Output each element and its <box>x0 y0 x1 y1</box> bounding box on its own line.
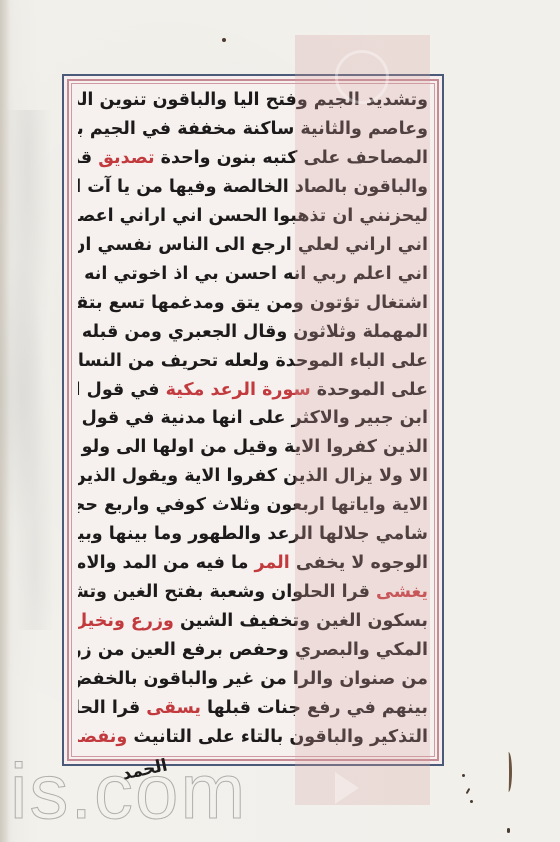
manuscript-line: من صنوان والرا من غير والباقون بالخفض في… <box>78 667 428 692</box>
site-watermark-text: is.com <box>10 752 247 830</box>
manuscript-line: المصاحف على كتبه بنون واحدة تصديق قرا ال… <box>78 146 428 171</box>
manuscript-line: اني اراني لعلي ارجع الى الناس نفسي ان رب… <box>78 233 428 258</box>
ink-speck <box>507 828 510 833</box>
body-text: والباقون بالصاد الخالصة وفيها من يا آت ا… <box>78 177 428 197</box>
body-text: وعاصم والثانية ساكنة مخففة في الجيم بعده… <box>78 119 428 139</box>
manuscript-line: اشتغال تؤتون ومن يتق ومدغمها تسع بتقديم … <box>78 291 428 316</box>
body-text: ما فيه من المد والامالة لا يخفى <box>78 553 255 573</box>
manuscript-line: الوجوه لا يخفى المر ما فيه من المد والام… <box>78 551 428 576</box>
rubric-heading: سورة الرعد مكية <box>166 380 311 400</box>
body-text: المصاحف على كتبه بنون واحدة <box>155 148 428 168</box>
body-text: المكي والبصري وحفص برفع العين من زرع وال… <box>78 640 428 660</box>
manuscript-line: شامي جلالها الرعد والطهور وما بينها وبين… <box>78 522 428 547</box>
manuscript-line: والباقون بالصاد الخالصة وفيها من يا آت ا… <box>78 175 428 200</box>
body-text: التذكير والباقون بالتاء على التانيث <box>127 727 428 747</box>
watermark-play-icon <box>335 772 359 804</box>
rubric-heading: يسقى <box>146 698 201 718</box>
body-text: ابن جبير والاكثر على انها مدنية في قول ق… <box>78 408 428 428</box>
manuscript-line: على الباء الموحدة ولعله تحريف من النساخ … <box>78 349 428 374</box>
rubric-heading: يغشى <box>376 582 428 602</box>
text-frame-border: وتشديد الجيم وفتح اليا والباقون تنوين ال… <box>62 74 444 766</box>
faint-mosque-watermark <box>0 110 70 630</box>
body-text: الا ولا يزال الذين كفروا الاية ويقول الذ… <box>78 466 428 486</box>
body-text: بينهم في رفع جنات قبلها <box>201 698 428 718</box>
body-text: على الباء الموحدة ولعله تحريف من النساخ … <box>78 351 428 371</box>
body-text: اشتغال تؤتون ومن يتق ومدغمها تسع بتقديم … <box>78 293 428 313</box>
manuscript-line: وعاصم والثانية ساكنة مخففة في الجيم بعده… <box>78 117 428 142</box>
manuscript-line: ليحزنني ان تذهبوا الحسن اني اراني اعصر ا… <box>78 204 428 229</box>
rubric-heading: ونفضل <box>78 727 127 747</box>
body-text: المهملة وثلاثون وقال الجعبري ومن قبله سب… <box>78 322 428 342</box>
manuscript-line: على الموحدة سورة الرعد مكية في قول ابن ع… <box>78 378 428 403</box>
ink-speck <box>462 774 465 777</box>
ink-speck <box>222 38 226 42</box>
manuscript-line: الذين كفروا الاية وقيل من اولها الى ولو … <box>78 435 428 460</box>
manuscript-line: يغشى قرا الحلوان وشعبة بفتح الغين وتشديد… <box>78 580 428 605</box>
manuscript-line: الا ولا يزال الذين كفروا الاية ويقول الذ… <box>78 464 428 489</box>
manuscript-line: بسكون الغين وتخفيف الشين وزرع ونخيل صنوا… <box>78 609 428 634</box>
manuscript-line: الاية واياتها اربعون وثلاث كوفي واربع حج… <box>78 493 428 518</box>
body-text: الاية واياتها اربعون وثلاث كوفي واربع حج… <box>78 495 428 515</box>
rubric-heading: وزرع ونخيل صنوان وغير <box>78 611 174 631</box>
body-text: ليحزنني ان تذهبوا الحسن اني اراني اعصر ا… <box>78 206 428 226</box>
rubric-heading: المر <box>255 553 290 573</box>
body-text: الوجوه لا يخفى <box>290 553 428 573</box>
body-text: بسكون الغين وتخفيف الشين <box>174 611 428 631</box>
body-text: اني اعلم ربي انه احسن بي اذ اخوتي انه رب… <box>78 264 428 284</box>
body-text: في قول ابن عباس ومجاهد وسعيد <box>78 380 166 400</box>
body-text: قرا الحلوان باشمام الصاد الزاي <box>78 148 98 168</box>
body-text: من صنوان والرا من غير والباقون بالخفض في… <box>78 669 428 689</box>
body-text: قرا الحلوان وشعبة بفتح الغين وتشديد الشي… <box>78 582 376 602</box>
manuscript-line: المكي والبصري وحفص برفع العين من زرع وال… <box>78 638 428 663</box>
body-text: الذين كفروا الاية وقيل من اولها الى ولو … <box>78 437 428 457</box>
manuscript-line: ابن جبير والاكثر على انها مدنية في قول ق… <box>78 406 428 431</box>
watermark-logo-icon <box>335 50 389 104</box>
manuscript-text-block: وتشديد الجيم وفتح اليا والباقون تنوين ال… <box>74 86 432 752</box>
manuscript-line: اني اعلم ربي انه احسن بي اذ اخوتي انه رب… <box>78 262 428 287</box>
manuscript-line: بينهم في رفع جنات قبلها يسقى قرا الحلوان… <box>78 696 428 721</box>
rubric-heading: تصديق <box>98 148 154 168</box>
body-text: شامي جلالها الرعد والطهور وما بينها وبين… <box>78 524 428 544</box>
ink-speck <box>470 800 473 803</box>
manuscript-line: المهملة وثلاثون وقال الجعبري ومن قبله سب… <box>78 320 428 345</box>
body-text: اني اراني لعلي ارجع الى الناس نفسي ان رب… <box>78 235 428 255</box>
ink-stain-mark <box>505 752 512 792</box>
body-text: قرا الحلوان الشامي وعاصم بالياء على <box>78 698 146 718</box>
body-text: على الموحدة <box>311 380 428 400</box>
